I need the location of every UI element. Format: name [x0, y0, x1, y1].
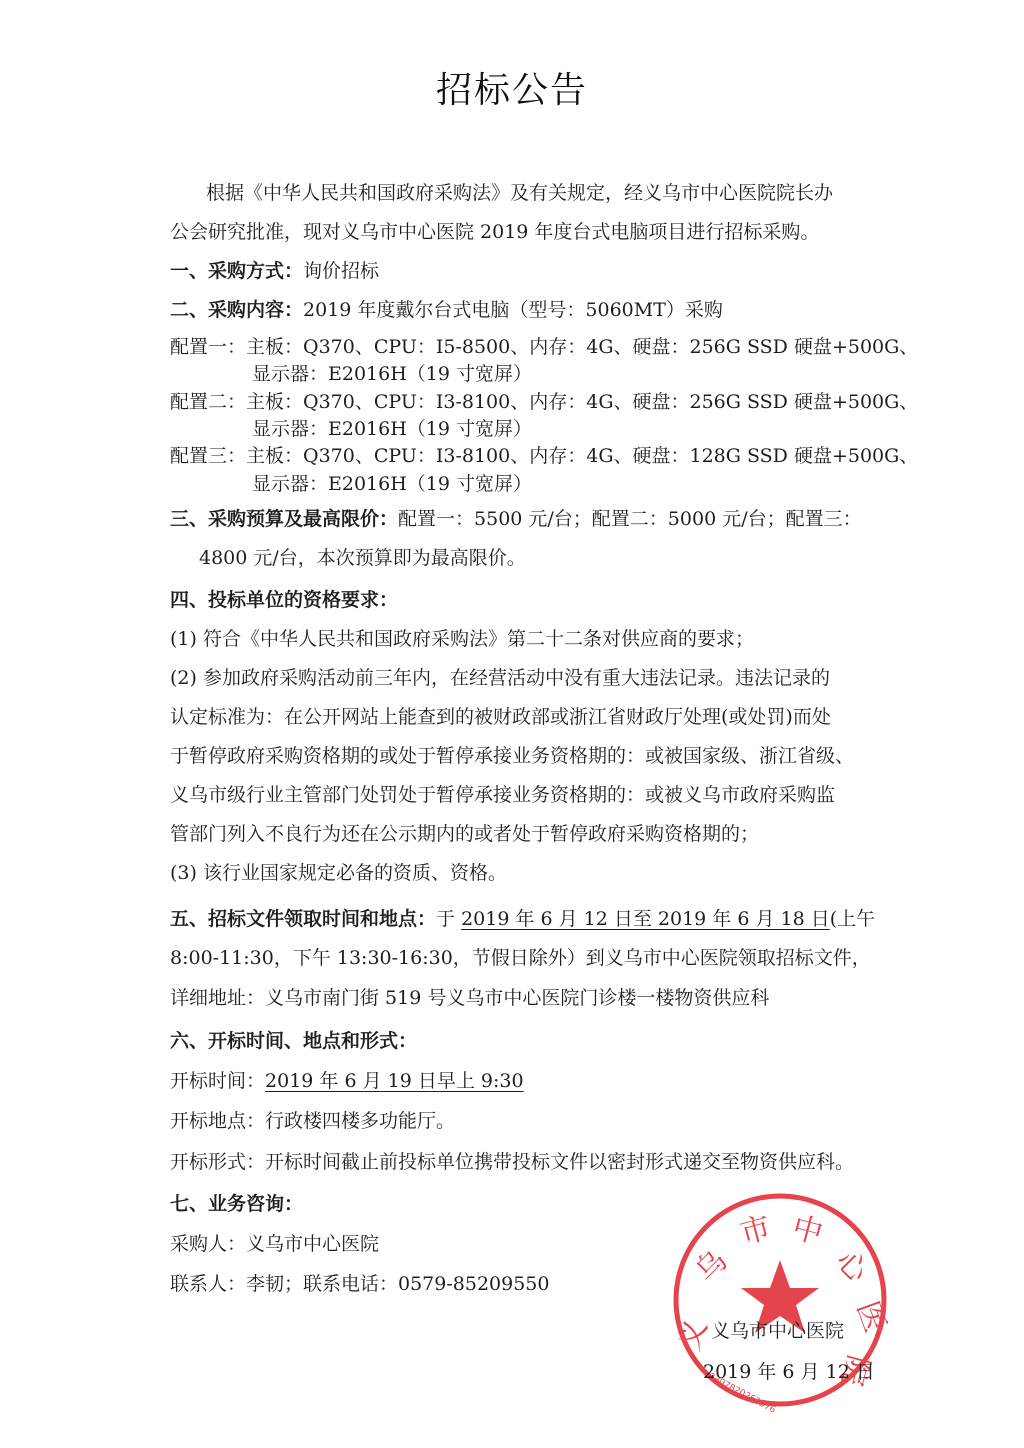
- section-1: 一、采购方式：询价招标: [170, 258, 379, 284]
- config-3-label: 配置三：: [170, 445, 246, 467]
- section-4-line-3: 认定标准为：在公开网站上能查到的被财政部或浙江省财政厅处理(或处罚)而处: [170, 704, 831, 730]
- svg-text:乌: 乌: [688, 1243, 734, 1289]
- config-1-spec: 配置一：主板：Q370、CPU：I5-8500、内存：4G、硬盘：256G SS…: [170, 334, 918, 360]
- svg-text:心: 心: [829, 1243, 876, 1290]
- section-4-line-1: (1) 符合《中华人民共和国政府采购法》第二十二条对供应商的要求；: [170, 626, 754, 652]
- section-5-date-range: 2019 年 6 月 12 日至 2019 年 6 月 18 日: [461, 908, 830, 930]
- section-5: 五、招标文件领取时间和地点：于 2019 年 6 月 12 日至 2019 年 …: [170, 906, 875, 932]
- section-6-form: 开标形式：开标时间截止前投标单位携带投标文件以密封形式递交至物资供应科。: [170, 1149, 854, 1175]
- intro-line-2: 公会研究批准，现对义乌市中心医院 2019 年度台式电脑项目进行招标采购。: [170, 219, 819, 245]
- section-4-line-4: 于暂停政府采购资格期的或处于暂停承接业务资格期的：或被国家级、浙江省级、: [170, 743, 854, 769]
- section-7-contact: 联系人：李韧；联系电话：0579-85209550: [170, 1271, 549, 1297]
- section-5-heading: 五、招标文件领取时间和地点：: [170, 908, 436, 930]
- section-7-purchaser: 采购人：义乌市中心医院: [170, 1231, 379, 1257]
- section-1-value: 询价招标: [303, 260, 379, 282]
- svg-text:市: 市: [737, 1210, 775, 1252]
- document-title: 招标公告: [0, 62, 1024, 113]
- section-6-time-label: 开标时间：: [170, 1070, 265, 1092]
- section-3-heading: 三、采购预算及最高限价：: [170, 508, 398, 530]
- config-1-spec-text: 主板：Q370、CPU：I5-8500、内存：4G、硬盘：256G SSD 硬盘…: [246, 336, 918, 358]
- config-2-spec: 配置二：主板：Q370、CPU：I3-8100、内存：4G、硬盘：256G SS…: [170, 389, 918, 415]
- section-4-line-6: 管部门列入不良行为还在公示期内的或者处于暂停政府采购资格期的；: [170, 821, 759, 847]
- section-6-place: 开标地点：行政楼四楼多功能厅。: [170, 1108, 455, 1134]
- config-3-spec: 配置三：主板：Q370、CPU：I3-8100、内存：4G、硬盘：128G SS…: [170, 443, 918, 469]
- section-6-time: 开标时间：2019 年 6 月 19 日早上 9:30: [170, 1068, 524, 1094]
- section-2: 二、采购内容：2019 年度戴尔台式电脑（型号：5060MT）采购: [170, 297, 723, 323]
- document-page: 招标公告 根据《中华人民共和国政府采购法》及有关规定，经义乌市中心医院院长办 公…: [0, 0, 1024, 1448]
- section-4-line-2: (2) 参加政府采购活动前三年内，在经营活动中没有重大违法记录。违法记录的: [170, 665, 830, 691]
- intro-line-1: 根据《中华人民共和国政府采购法》及有关规定，经义乌市中心医院院长办: [206, 180, 833, 206]
- signature-org: 义乌市中心医院: [711, 1316, 844, 1343]
- section-1-heading: 一、采购方式：: [170, 260, 303, 282]
- section-2-value: 2019 年度戴尔台式电脑（型号：5060MT）采购: [303, 299, 723, 321]
- section-5-prefix: 于: [436, 908, 461, 930]
- section-4-heading: 四、投标单位的资格要求：: [170, 587, 398, 613]
- config-3-display: 显示器：E2016H（19 寸宽屏）: [252, 471, 532, 497]
- section-4-line-7: (3) 该行业国家规定必备的资质、资格。: [170, 860, 507, 886]
- config-1-display: 显示器：E2016H（19 寸宽屏）: [252, 361, 532, 387]
- section-3: 三、采购预算及最高限价：配置一：5500 元/台；配置二：5000 元/台；配置…: [170, 506, 862, 532]
- config-3-spec-text: 主板：Q370、CPU：I3-8100、内存：4G、硬盘：128G SSD 硬盘…: [246, 445, 918, 467]
- section-5-line-2: 8:00-11:30，下午 13:30-16:30，节假日除外）到义乌市中心医院…: [170, 945, 871, 971]
- section-6-time-value: 2019 年 6 月 19 日早上 9:30: [265, 1070, 524, 1092]
- section-5-line-3: 详细地址：义乌市南门街 519 号义乌市中心医院门诊楼一楼物资供应科: [170, 985, 769, 1011]
- section-3-line-1: 配置一：5500 元/台；配置二：5000 元/台；配置三：: [398, 508, 862, 530]
- section-6-heading: 六、开标时间、地点和形式：: [170, 1028, 417, 1054]
- section-5-suffix: (上午: [830, 908, 875, 930]
- section-2-heading: 二、采购内容：: [170, 299, 303, 321]
- section-3-line-2: 4800 元/台，本次预算即为最高限价。: [199, 545, 526, 571]
- section-4-line-5: 义乌市级行业主管部门处罚处于暂停承接业务资格期的：或被义乌市政府采购监: [170, 782, 835, 808]
- svg-text:中: 中: [788, 1210, 826, 1252]
- signature-date: 2019 年 6 月 12 日: [703, 1357, 875, 1384]
- config-2-label: 配置二：: [170, 391, 246, 413]
- config-2-spec-text: 主板：Q370、CPU：I3-8100、内存：4G、硬盘：256G SSD 硬盘…: [246, 391, 918, 413]
- section-7-heading: 七、业务咨询：: [170, 1191, 303, 1217]
- config-2-display: 显示器：E2016H（19 寸宽屏）: [252, 416, 532, 442]
- config-1-label: 配置一：: [170, 336, 246, 358]
